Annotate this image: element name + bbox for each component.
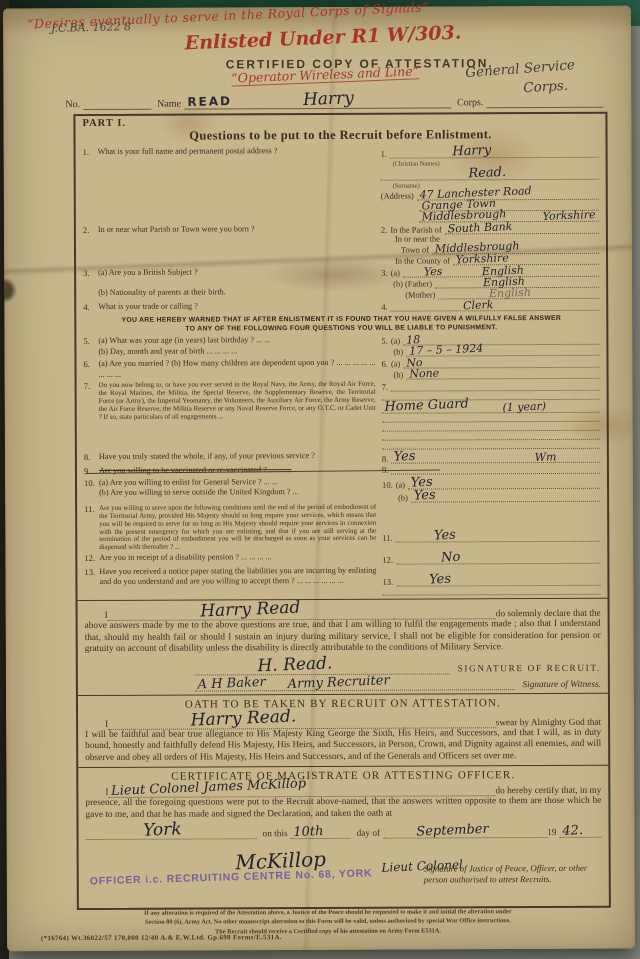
a2-county-line: Yorkshire — [453, 254, 599, 266]
certificate-place: York — [143, 822, 182, 840]
a4-line: Clerk — [391, 300, 600, 312]
q2-text: In or near what Parish or Town were you … — [98, 224, 255, 235]
question-13: 13.Have you received a notice paper stat… — [84, 565, 600, 597]
a4-value: Clerk — [463, 299, 494, 311]
a8-line: YesWm — [391, 450, 600, 464]
on-this-label: on this — [257, 829, 291, 839]
a9-line — [391, 465, 600, 475]
no-blank — [83, 109, 151, 110]
declaration-after: do solemnly declare that the — [496, 609, 601, 619]
a3-father-label: (b) (Father) — [393, 279, 435, 288]
a1-surname-label: (Surname) — [393, 183, 420, 190]
a6-b-value: None — [409, 368, 439, 380]
certificate-body: presence, all the foregoing questions we… — [85, 796, 601, 821]
declaration-name: Harry Read — [200, 600, 301, 621]
question-5: 5.(a) What was your age (in years) last … — [83, 334, 599, 358]
question-3: 3.(a) Are you a British Subject ?(b) Nat… — [83, 266, 599, 301]
warning-line1: YOU ARE HEREBY WARNED THAT IF AFTER ENLI… — [122, 315, 562, 324]
a1-christian-value: Harry — [453, 144, 492, 159]
a6-a-label: (a) — [391, 360, 403, 369]
a2-county-value: Yorkshire — [456, 252, 509, 265]
q7-number: 7. — [84, 382, 99, 421]
a1-address-label: (Address) — [381, 192, 417, 201]
officer-signature: McKillop — [235, 849, 326, 873]
q9-number: 9. — [84, 466, 99, 477]
a12-line: No — [396, 551, 600, 565]
a10-b-label: (b) — [398, 494, 411, 503]
q5-text-b: (b) Day, month and year of birth ... ...… — [98, 346, 237, 356]
q2-number: 2. — [83, 225, 98, 236]
q11-number: 11. — [84, 505, 99, 552]
q10-number: 10. — [84, 478, 99, 498]
recruit-signature-caption: SIGNATURE OF RECRUIT. — [450, 663, 601, 674]
a3-mother-line: English — [438, 288, 599, 300]
reference-number: J.C.BA. 1622 8 — [51, 20, 131, 35]
a2-parish-label: In the Parish of — [390, 225, 444, 234]
q13-number: 13. — [84, 567, 99, 587]
oath-name-line: Harry Read. — [108, 711, 404, 729]
recruiting-centre-stamp: OFFICER i.c. RECRUITING CENTRE No. 68, Y… — [90, 868, 373, 888]
a7-value2: (1 year) — [503, 401, 547, 414]
oath-blank — [404, 719, 496, 728]
form-body: PART I. Questions to be put to the Recru… — [73, 112, 610, 910]
a11-number: 11. — [382, 533, 395, 543]
divider-certificate — [78, 765, 608, 768]
a5-number: 5. — [381, 336, 390, 346]
day-of-label: day of — [351, 829, 384, 839]
q4-text: What is your trade or calling ? — [98, 302, 198, 313]
a7-value: Home Guard — [384, 398, 469, 414]
a7-line3: Home Guard(1 year) — [382, 400, 600, 414]
a3-mother-value: English — [489, 287, 531, 300]
firstname-value: Harry — [302, 90, 353, 109]
q12-text: Are you in receipt of a disability pensi… — [99, 552, 271, 563]
a5-b-line: 17 – 5 – 1924 — [406, 345, 599, 357]
firstname-field: Harry — [300, 91, 451, 109]
question-1: 1.What is your full name and permanent p… — [83, 145, 599, 224]
q1-number: 1. — [83, 147, 98, 158]
certificate-section: CERTIFICATE OF MAGISTRATE OR ATTESTING O… — [85, 769, 601, 886]
a13-number: 13. — [382, 577, 396, 587]
a6-b-line: None — [406, 368, 599, 380]
a1-number: 1. — [381, 149, 390, 159]
question-2: 2.In or near what Parish or Town were yo… — [83, 223, 599, 267]
a10-b-line: Yes — [411, 489, 600, 503]
a4-number: 4. — [381, 302, 390, 312]
question-8: 8.Have you truly stated the whole, if an… — [84, 450, 600, 465]
witness-signature2: Army Recruiter — [288, 674, 390, 691]
recruit-signature: H. Read. — [257, 655, 333, 675]
a11-value: Yes — [434, 529, 456, 543]
a13-line: Yes — [396, 573, 600, 587]
oath-heading: OATH TO BE TAKEN BY RECRUIT ON ATTESTATI… — [85, 696, 601, 710]
certificate-day-line: 10th — [291, 826, 351, 839]
q9-text: Are you willing to be vaccinated or re-v… — [99, 465, 291, 476]
a12-value: No — [441, 551, 461, 565]
oath-after: swear by Almighty God that — [496, 717, 601, 727]
q10-text: (a) Are you willing to enlist for Genera… — [99, 477, 299, 498]
a2-parish-line: South Bank — [445, 223, 599, 235]
attestation-form-photo: “Desires eventually to serve in the Roya… — [3, 6, 635, 952]
a5-b-value: 17 – 5 – 1924 — [409, 343, 483, 357]
witness-signature: A H Baker — [197, 676, 266, 692]
witness-signature-line: A H BakerArmy Recruiter — [195, 677, 515, 691]
questions-heading: Questions to be put to the Recruit befor… — [82, 127, 598, 144]
alteration-fineprint: If any alteration is required of the Att… — [45, 907, 611, 938]
declaration-body: above answers made by me to the above qu… — [85, 619, 601, 656]
a8-initials: Wm — [535, 452, 557, 464]
q13-text: Have you received a notice paper stating… — [99, 566, 376, 588]
divider-oath — [78, 692, 608, 695]
declaration-name-line: Harry Read — [108, 603, 394, 621]
a3-a-value: Yes — [423, 266, 442, 278]
q6-number: 6. — [83, 359, 98, 379]
question-4: 4.What is your trade or calling ? 4.Cler… — [83, 300, 599, 313]
a8-value: Yes — [394, 450, 416, 464]
certificate-month: September — [416, 823, 489, 839]
warning-text: YOU ARE HEREBY WARNED THAT IF AFTER ENLI… — [83, 314, 599, 335]
a6-number: 6. — [381, 359, 390, 369]
question-11: 11.Are you willing to serve upon the fol… — [84, 503, 600, 552]
fineprint-line1: If any alteration is required of the Att… — [144, 908, 512, 917]
q8-text: Have you truly stated the whole, if any,… — [99, 451, 315, 463]
certificate-place-line: York — [86, 823, 257, 841]
q12-number: 12. — [84, 553, 99, 564]
witness-signature-caption: Signature of Witness. — [514, 679, 600, 689]
q4-number: 4. — [83, 302, 98, 313]
a11-line: Yes — [396, 529, 601, 543]
a1-address3b: Yorkshire — [543, 209, 596, 222]
q8-number: 8. — [84, 452, 99, 463]
a2-county-label: In the County of — [395, 256, 453, 265]
a9-number: 9. — [382, 465, 391, 475]
declaration-section: IHarry Readdo solemnly declare that the … — [85, 602, 601, 692]
q6-text: (a) Are you married ? (b) How many child… — [98, 358, 375, 380]
recruit-signature-line: H. Read. — [195, 657, 450, 675]
q5-number: 5. — [83, 336, 98, 356]
no-label: No. — [59, 99, 83, 110]
certificate-year-line: 42. — [560, 825, 602, 838]
q3-text: (a) Are you a British Subject ?(b) Natio… — [98, 267, 226, 298]
a5-b-label: (b) — [393, 348, 406, 357]
a12-number: 12. — [382, 555, 396, 565]
q1-text: What is your full name and permanent pos… — [98, 146, 278, 157]
print-code: (*16764) Wt.36022/57 170,000 12/40 A.& E… — [41, 934, 282, 942]
a10-number: 10. — [382, 480, 396, 490]
certificate-month-line: September — [383, 825, 547, 839]
a10-a-line: Yes — [408, 476, 600, 490]
certificate-year: 42. — [562, 824, 583, 838]
a10-b-value: Yes — [413, 489, 435, 503]
oath-name: Harry Read. — [191, 708, 297, 729]
a8-number: 8. — [382, 454, 391, 464]
fineprint-line2: Section 80 (6), Army Act. No other manus… — [145, 918, 511, 927]
a3-mother-label: (Mother) — [405, 290, 438, 299]
question-6: 6.(a) Are you married ? (b) How many chi… — [83, 357, 599, 381]
q10-text-a: (a) Are you willing to enlist for Genera… — [99, 477, 278, 487]
certificate-day: 10th — [293, 825, 324, 839]
q11-text: Are you willing to serve upon the follow… — [99, 504, 376, 552]
q3-text-b: (b) Nationality of parents at their birt… — [98, 288, 226, 298]
a5-a-label: (a) — [391, 337, 403, 346]
a3-number: 3. — [381, 268, 390, 278]
oath-body: I will be faithful and bear true allegia… — [85, 727, 601, 764]
divider-declaration — [78, 598, 608, 601]
a1-christian-line: Harry — [390, 145, 599, 159]
question-7: 7.Do you now belong to, or have you ever… — [84, 380, 600, 451]
question-12: 12.Are you in receipt of a disability pe… — [84, 551, 600, 566]
header-fields-row: No. Name READ Harry Corps. — [59, 91, 603, 110]
a2-parish-value: South Bank — [447, 221, 512, 235]
a13-value: Yes — [429, 573, 451, 587]
name-label: Name — [151, 99, 184, 110]
question-10: 10.(a) Are you willing to enlist for Gen… — [84, 476, 600, 504]
a13-line2 — [382, 586, 600, 596]
corps-blank — [486, 107, 603, 109]
a3-a-label: (a) — [391, 269, 403, 278]
certificate-signature-block: OFFICER i.c. RECRUITING CENTRE No. 68, Y… — [86, 840, 602, 886]
year-prefix: 19 — [547, 828, 559, 838]
a7-number: 7. — [382, 382, 391, 392]
marginal-note-enlisted: Enlisted Under R1 W/303. — [153, 20, 494, 55]
q5-text-a: (a) What was your age (in years) last bi… — [98, 336, 270, 346]
a1-surname-value: Read. — [468, 166, 506, 180]
a2-town-label2: Town of — [401, 246, 432, 255]
q5-text: (a) What was your age (in years) last bi… — [98, 336, 270, 357]
warning-line2: TO ANY OF THE FOLLOWING FOUR QUESTIONS Y… — [185, 324, 497, 332]
q10-text-b: (b) Are you willing to serve outside the… — [99, 487, 299, 497]
question-9: 9.Are you willing to be vaccinated or re… — [84, 464, 600, 477]
q3-text-a: (a) Are you a British Subject ? — [98, 268, 198, 277]
a10-a-label: (a) — [396, 481, 408, 490]
a6-b-label: (b) — [394, 371, 407, 380]
surname-field: READ — [184, 94, 300, 110]
surname-value: READ — [187, 94, 232, 109]
a1-surname-line: Read. — [381, 167, 599, 181]
q3-number: 3. — [83, 268, 98, 299]
oath-section: OATH TO BE TAKEN BY RECRUIT ON ATTESTATI… — [85, 696, 601, 764]
q7-text: Do you now belong to, or have you ever s… — [99, 381, 376, 422]
corps-label: Corps. — [451, 97, 486, 108]
justice-caption: Signature of Justice of Peace, Officer, … — [424, 863, 602, 885]
a2-number: 2. — [381, 225, 390, 235]
